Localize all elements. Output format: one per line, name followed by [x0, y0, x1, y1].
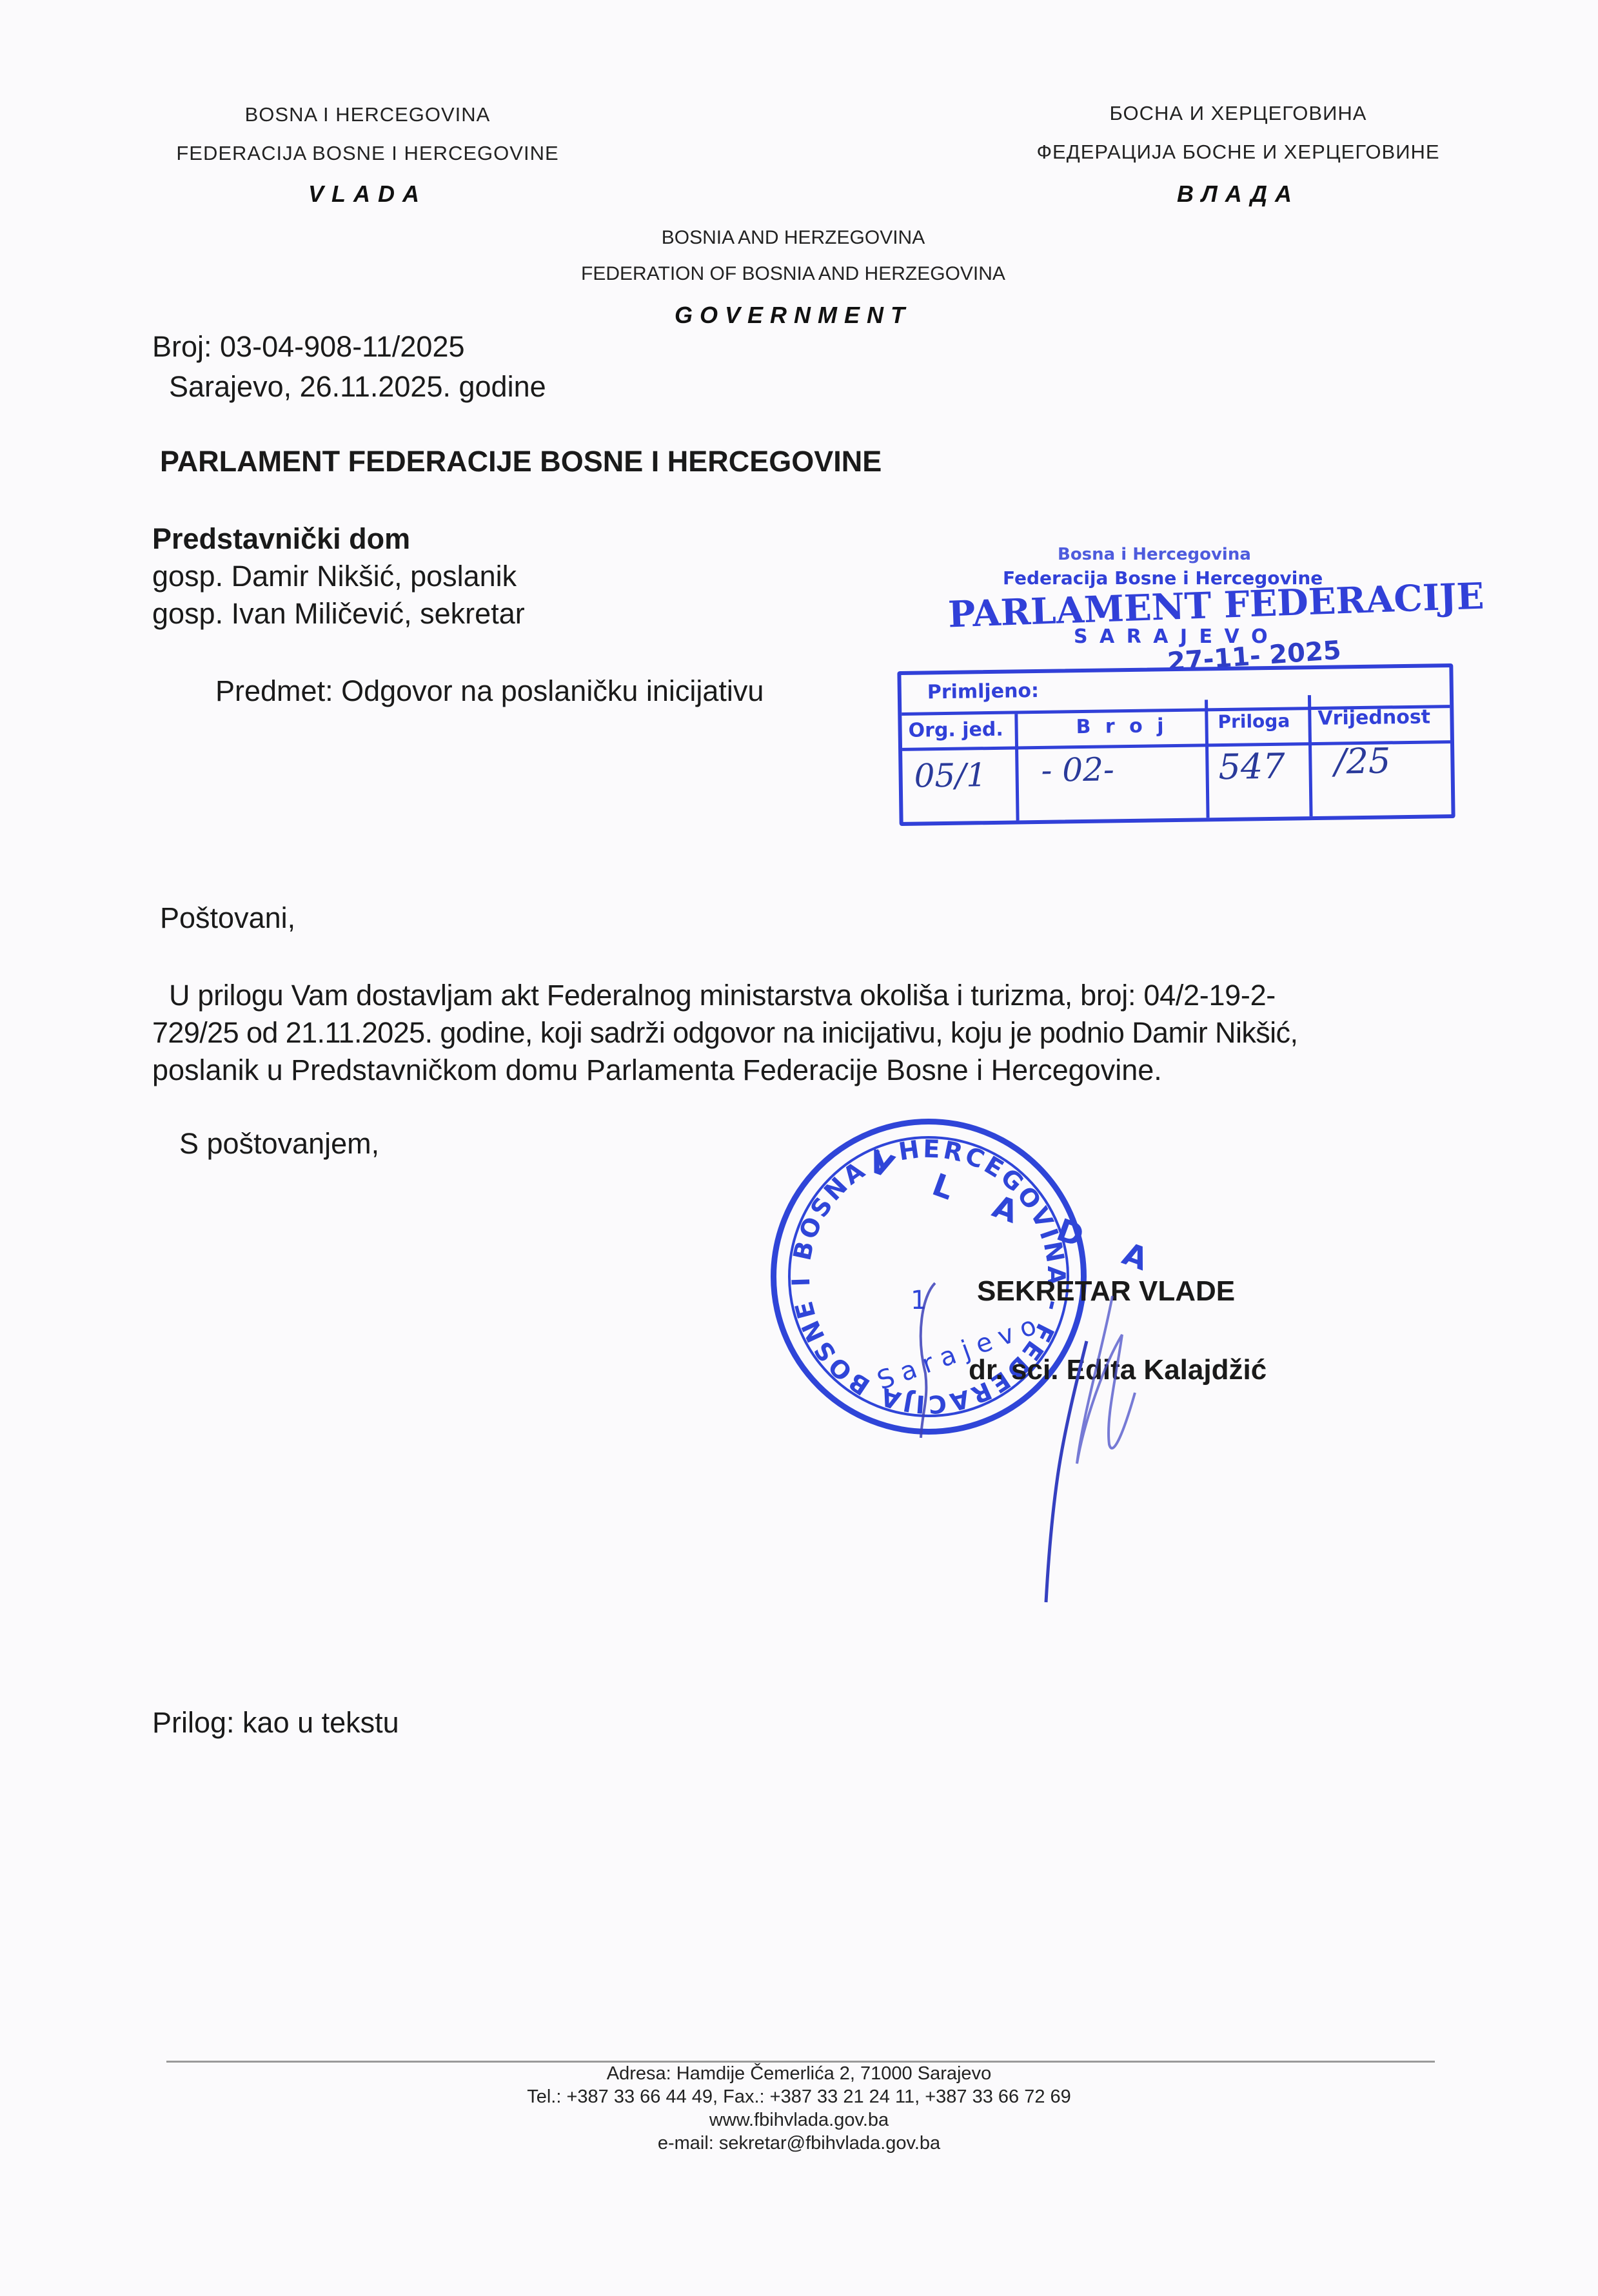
stamp-value-org-unit: 05/1	[914, 756, 987, 795]
footer-divider	[166, 2061, 1435, 2063]
stamp-value-attachments: 547	[1218, 746, 1285, 787]
recipient-person-2: gosp. Ivan Miličević, sekretar	[152, 597, 525, 631]
footer-email[interactable]: e-mail: sekretar@fbihvlada.gov.ba	[0, 2133, 1598, 2154]
subject-line: Predmet: Odgovor na poslaničku inicijati…	[215, 674, 764, 708]
receipt-stamp-table: Primljeno: Org. jed. B r o j Priloga Vri…	[897, 663, 1455, 826]
recipient-house: Predstavnički dom	[152, 522, 410, 556]
footer-address: Adresa: Hamdije Čemerlića 2, 71000 Saraj…	[0, 2063, 1598, 2085]
stamp-col-value: Vrijednost	[1317, 705, 1430, 729]
closing: S poštovanjem,	[179, 1127, 379, 1161]
place-date: Sarajevo, 26.11.2025. godine	[169, 370, 546, 404]
stamp-col-attachments: Priloga	[1218, 711, 1290, 733]
body-paragraph-line-3: poslanik u Predstavničkom domu Parlament…	[152, 1054, 1162, 1087]
handwritten-signature-icon	[890, 1244, 1187, 1605]
letterhead-cyrillic-government: ВЛАДА	[1019, 181, 1457, 208]
stamp-received-label: Primljeno:	[927, 680, 1040, 703]
footer-website[interactable]: www.fbihvlada.gov.ba	[0, 2110, 1598, 2131]
letterhead-latin-federation: FEDERACIJA BOSNE I HERCEGOVINE	[148, 142, 587, 165]
recipient-person-1: gosp. Damir Nikšić, poslanik	[152, 560, 517, 593]
letterhead-latin-country: BOSNA I HERCEGOVINA	[148, 103, 587, 126]
letterhead-latin-government: VLADA	[148, 181, 587, 208]
attachment-note: Prilog: kao u tekstu	[152, 1706, 399, 1740]
footer-phone-fax: Tel.: +387 33 66 44 49, Fax.: +387 33 21…	[0, 2086, 1598, 2108]
stamp-value-number: - 02-	[1041, 751, 1114, 789]
stamp-line-country: Bosna i Hercegovina	[1058, 545, 1251, 564]
salutation: Poštovani,	[160, 901, 295, 935]
letterhead-cyrillic-federation: ФЕДЕРАЦИЈА БОСНЕ И ХЕРЦЕГОВИНЕ	[1019, 141, 1457, 164]
stamp-col-org-unit: Org. jed.	[908, 718, 1003, 742]
letterhead-english-country: BOSNIA AND HERZEGOVINA	[535, 227, 1051, 249]
reference-number: Broj: 03-04-908-11/2025	[152, 330, 465, 364]
body-paragraph-line-2: 729/25 od 21.11.2025. godine, koji sadrž…	[152, 1016, 1297, 1050]
body-paragraph-line-1: U prilogu Vam dostavljam akt Federalnog …	[169, 979, 1276, 1012]
letterhead-english-government: GOVERNMENT	[535, 302, 1051, 329]
stamp-value-value: /25	[1334, 740, 1391, 781]
recipient-institution: PARLAMENT FEDERACIJE BOSNE I HERCEGOVINE	[160, 445, 882, 478]
letterhead-cyrillic-country: БОСНА И ХЕРЦЕГОВИНА	[1019, 102, 1457, 125]
stamp-col-number: B r o j	[1076, 714, 1167, 738]
letterhead-english-federation: FEDERATION OF BOSNIA AND HERZEGOVINA	[535, 263, 1051, 285]
